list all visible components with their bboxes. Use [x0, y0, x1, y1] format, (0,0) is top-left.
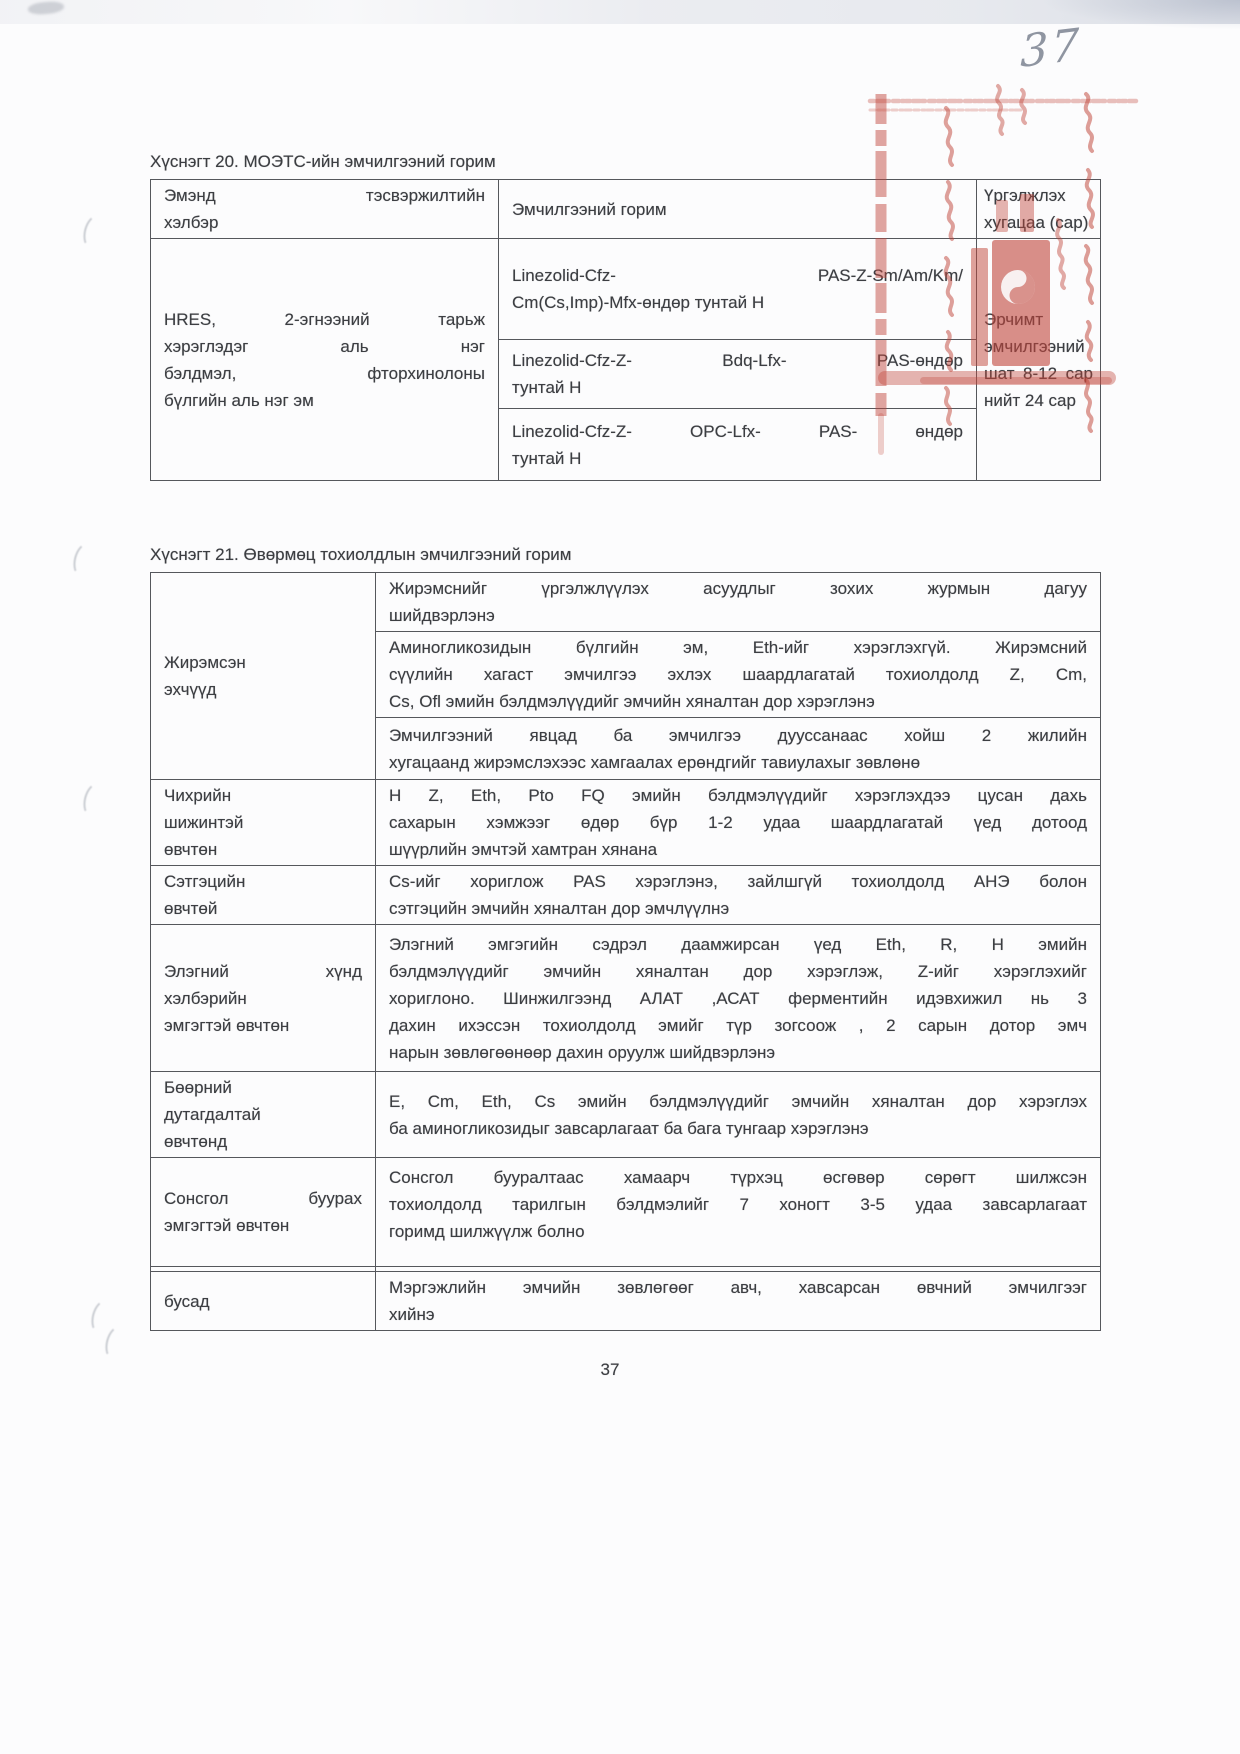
scan-top-left-mark	[28, 0, 65, 15]
table20-header-regimen: Эмчилгээний горим	[499, 180, 977, 239]
table20-regimen-cell: Linezolid-Cfz-Z- OPC-Lfx- PAS- өндөртунт…	[499, 409, 977, 481]
table21-row-text: Мэргэжлийн эмчийн зөвлөгөөг авч, хавсарс…	[376, 1272, 1101, 1331]
table20-regimen-cell: Linezolid-Cfz-Z- Bdq-Lfx- PAS-өндөртунта…	[499, 340, 977, 409]
margin-pencil-mark	[102, 1324, 130, 1362]
margin-pencil-mark	[88, 1298, 116, 1336]
table21-row-label: бусад	[151, 1272, 376, 1331]
stamp-top-text-row	[870, 101, 1138, 110]
table21-row: Бөөрнийдутагдалтайөвчтөнд E, Cm, Eth, Cs…	[151, 1072, 1101, 1158]
handwritten-page-number: 37	[1020, 13, 1130, 78]
table21-row-label: Чихрийншижинтэйөвчтөн	[151, 780, 376, 866]
table21: Жирэмсэнэхчүүд Жирэмснийг үргэлжлүүлэх а…	[150, 572, 1101, 1331]
margin-pencil-mark	[80, 213, 108, 251]
table21-row: Чихрийншижинтэйөвчтөн H Z, Eth, Pto FQ э…	[151, 780, 1101, 866]
table20-header-resistance: Эмэнд тэсвэржилтийнхэлбэр	[151, 180, 499, 239]
scanned-document-page: 37 Хүснэгт 20. МОЭТС-ийн эмчилгээний гор…	[0, 0, 1240, 1754]
table20-duration-cell: Эрчимтэмчилгээнийшат 8-12 сарнийт 24 сар	[977, 239, 1101, 481]
table21-row-text: H Z, Eth, Pto FQ эмийн бэлдмэлүүдийг хэр…	[376, 780, 1101, 866]
table21-row-label: Сонсгол буурахэмгэгтэй өвчтөн	[151, 1158, 376, 1267]
table21-pregnant-label: Жирэмсэнэхчүүд	[151, 573, 376, 780]
table20-header-duration: Үргэлжлэххугацаа (сар)	[977, 180, 1101, 239]
table20-regimen-cell: Linezolid-Cfz- PAS-Z-Sm/Am/Km/Cm(Cs,Imp)…	[499, 239, 977, 340]
table21-pregnant-text3: Эмчилгээний явцад ба эмчилгээ дууссанаас…	[376, 718, 1101, 780]
table20-header-row: Эмэнд тэсвэржилтийнхэлбэр Эмчилгээний го…	[151, 180, 1101, 239]
table21-row: Жирэмсэнэхчүүд Жирэмснийг үргэлжлүүлэх а…	[151, 573, 1101, 632]
table21-row-label: Бөөрнийдутагдалтайөвчтөнд	[151, 1072, 376, 1158]
scan-top-band	[0, 0, 1240, 24]
table20-title: Хүснэгт 20. МОЭТС-ийн эмчилгээний горим	[150, 150, 1100, 174]
table21-pregnant-text2: Аминогликозидын бүлгийн эм, Eth-ийг хэрэ…	[376, 632, 1101, 718]
table21-row: бусад Мэргэжлийн эмчийн зөвлөгөөг авч, х…	[151, 1272, 1101, 1331]
table21-row-label: Элэгний хүндхэлбэрийнэмгэгтэй өвчтөн	[151, 925, 376, 1072]
table21-row: Элэгний хүндхэлбэрийнэмгэгтэй өвчтөн Элэ…	[151, 925, 1101, 1072]
table21-row: Сонсгол буурахэмгэгтэй өвчтөн Сонсгол бу…	[151, 1158, 1101, 1267]
table21-title: Хүснэгт 21. Өвөрмөц тохиолдлын эмчилгээн…	[150, 543, 1100, 567]
table21-row-text: E, Cm, Eth, Cs эмийн бэлдмэлүүдийг эмчий…	[376, 1072, 1101, 1158]
table20: Эмэнд тэсвэржилтийнхэлбэр Эмчилгээний го…	[150, 179, 1101, 481]
table21-row-text: Cs-ийг хориглож PAS хэрэглэнэ, зайлшгүй …	[376, 866, 1101, 925]
table20-row: HRES, 2-эгнээний тарьжхэрэглэдэг аль нэг…	[151, 239, 1101, 340]
table20-resistance-cell: HRES, 2-эгнээний тарьжхэрэглэдэг аль нэг…	[151, 239, 499, 481]
table21-row-text: Сонсгол бууралтаас хамаарч түрхэц өсгөвө…	[376, 1158, 1101, 1267]
margin-pencil-mark	[80, 781, 108, 819]
table21-pregnant-text1: Жирэмснийг үргэлжлүүлэх асуудлыг зохих ж…	[376, 573, 1101, 632]
footer-page-number: 37	[0, 1360, 1220, 1380]
table21-row-label: Сэтгэцийнөвчтөй	[151, 866, 376, 925]
margin-pencil-mark	[70, 541, 98, 579]
table21-row-text: Элэгний эмгэгийн сэдрэл даамжирсан үед E…	[376, 925, 1101, 1072]
table21-row: Сэтгэцийнөвчтөй Cs-ийг хориглож PAS хэрэ…	[151, 866, 1101, 925]
